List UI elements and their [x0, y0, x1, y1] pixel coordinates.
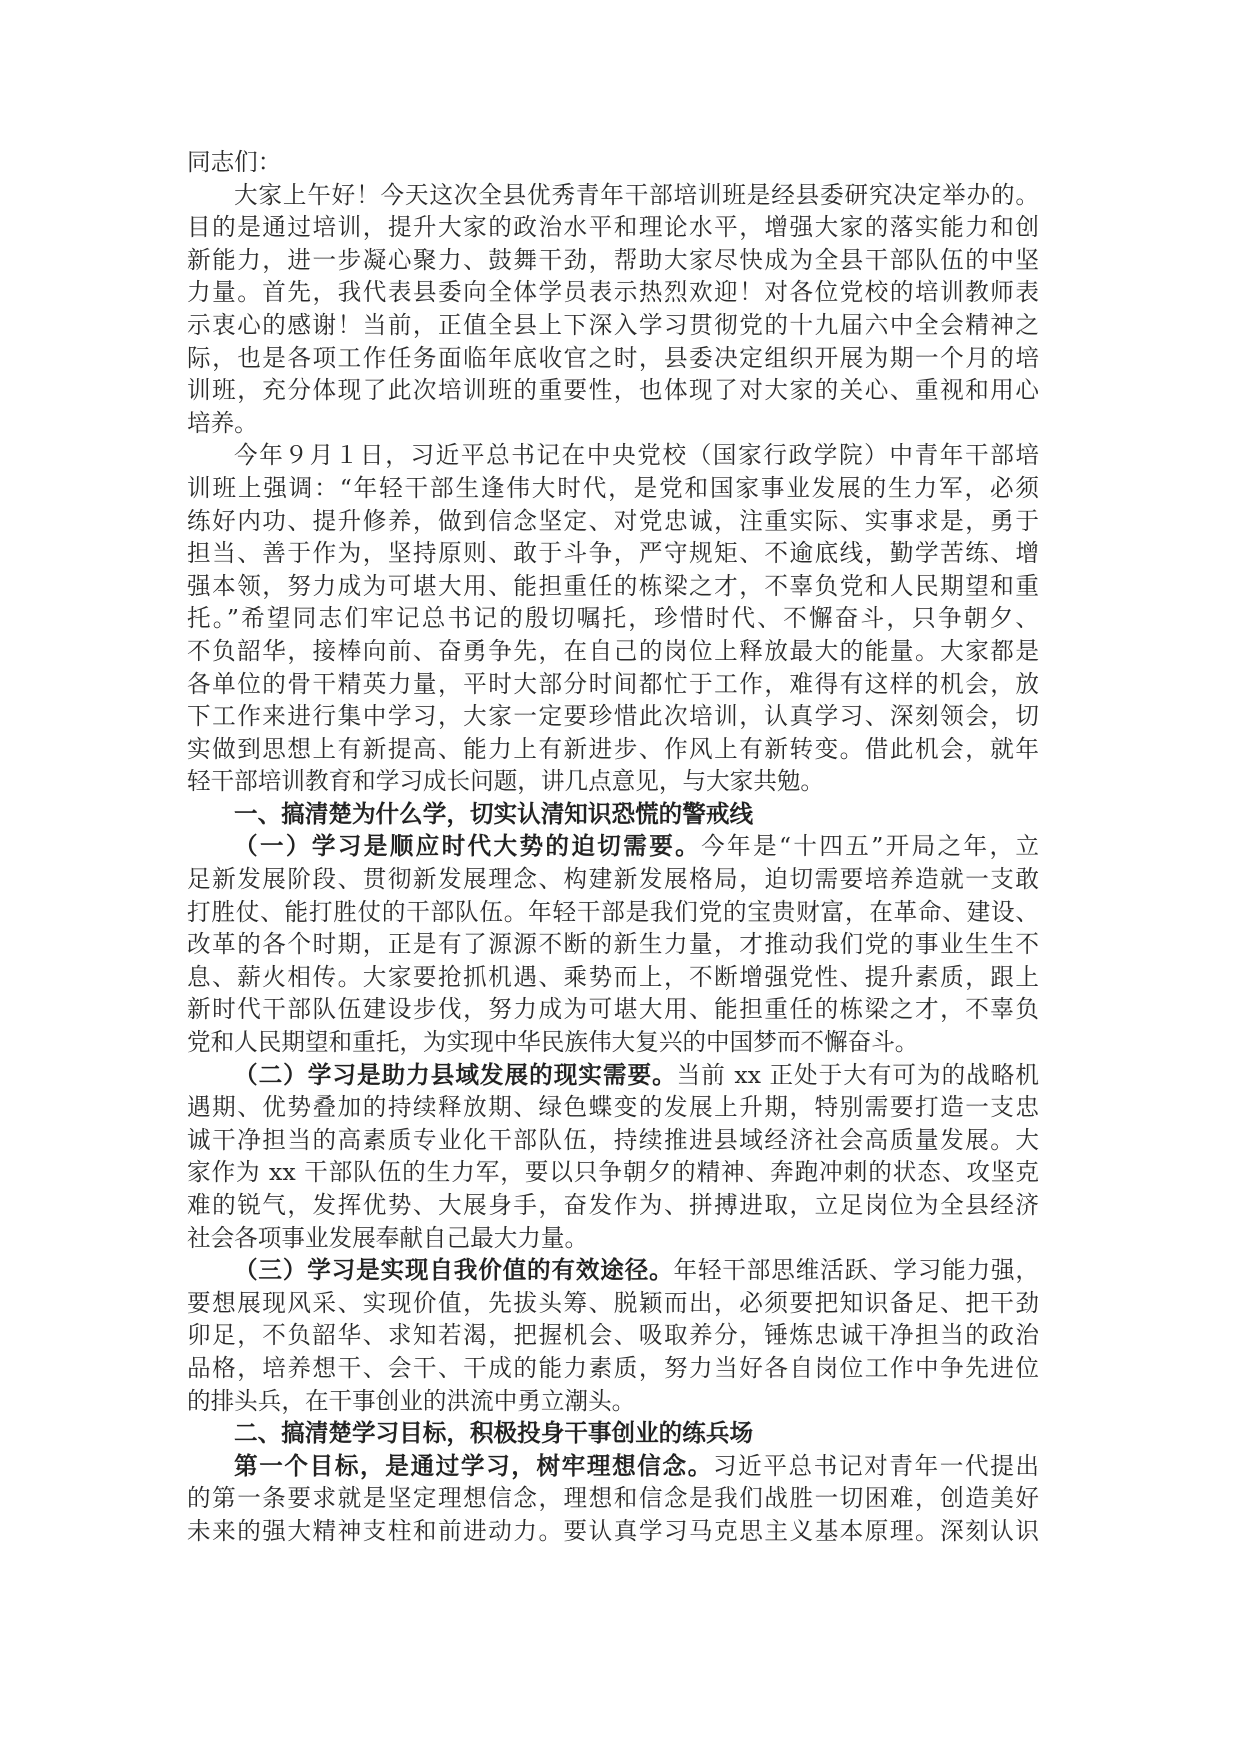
- text-line: 息、薪火相传。大家要抢抓机遇、乘势而上，不断增强党性、提升素质，跟上: [187, 961, 1039, 994]
- text-line: 目的是通过培训，提升大家的政治水平和理论水平，增强大家的落实能力和创: [187, 211, 1039, 244]
- subsection-title: （三）学习是实现自我价值的有效途径。: [234, 1256, 674, 1284]
- text-line: 党和人民期望和重托，为实现中华民族伟大复兴的中国梦而不懈奋斗。: [187, 1026, 1039, 1059]
- text-line: 轻干部培训教育和学习成长问题，讲几点意见，与大家共勉。: [187, 765, 1039, 798]
- text-line: 未来的强大精神支柱和前进动力。要认真学习马克思主义基本原理。深刻认识: [187, 1515, 1039, 1548]
- subsection-2-1: 第一个目标，是通过学习，树牢理想信念。习近平总书记对青年一代提出 的第一条要求就…: [187, 1450, 1039, 1548]
- text-line: 托。”希望同志们牢记总书记的殷切嘱托，珍惜时代、不懈奋斗，只争朝夕、: [187, 602, 1039, 635]
- text-line: 诚干净担当的高素质专业化干部队伍，持续推进县域经济社会高质量发展。大: [187, 1124, 1039, 1157]
- text-run: 今年是“十四五”开局之年，立: [701, 832, 1039, 860]
- text-run: 当前 xx 正处于大有可为的战略机: [677, 1061, 1039, 1089]
- text-line: 大家上午好！今天这次全县优秀青年干部培训班是经县委研究决定举办的。: [187, 179, 1039, 212]
- paragraph-intro: 大家上午好！今天这次全县优秀青年干部培训班是经县委研究决定举办的。 目的是通过培…: [187, 179, 1039, 440]
- text-line: 今年９月１日，习近平总书记在中央党校（国家行政学院）中青年干部培: [187, 439, 1039, 472]
- subsection-title: （二）学习是助力县域发展的现实需要。: [234, 1061, 677, 1089]
- text-run: 习近平总书记对青年一代提出: [713, 1452, 1039, 1480]
- text-line: 要想展现风采、实现价值，先拔头筹、脱颖而出，必须要把知识备足、把干劲: [187, 1287, 1039, 1320]
- text-line: 示衷心的感谢！当前，正值全县上下深入学习贯彻党的十九届六中全会精神之: [187, 309, 1039, 342]
- text-line: 第一个目标，是通过学习，树牢理想信念。习近平总书记对青年一代提出: [187, 1450, 1039, 1483]
- text-line: 难的锐气，发挥优势、大展身手，奋发作为、拼搏进取，立足岗位为全县经济: [187, 1189, 1039, 1222]
- text-line: 社会各项事业发展奉献自己最大力量。: [187, 1222, 1039, 1255]
- text-line: （三）学习是实现自我价值的有效途径。年轻干部思维活跃、学习能力强，: [187, 1254, 1039, 1287]
- text-line: 卯足，不负韶华、求知若渴，把握机会、吸取养分，锤炼忠诚干净担当的政治: [187, 1319, 1039, 1352]
- text-line: 打胜仗、能打胜仗的干部队伍。年轻干部是我们党的宝贵财富，在革命、建设、: [187, 896, 1039, 929]
- text-line: 际，也是各项工作任务面临年底收官之时，县委决定组织开展为期一个月的培: [187, 342, 1039, 375]
- text-line: 担当、善于作为，坚持原则、敢于斗争，严守规矩、不逾底线，勤学苦练、增: [187, 537, 1039, 570]
- text-line: （二）学习是助力县域发展的现实需要。当前 xx 正处于大有可为的战略机: [187, 1059, 1039, 1092]
- text-line: 遇期、优势叠加的持续释放期、绿色蝶变的发展上升期，特别需要打造一支忠: [187, 1091, 1039, 1124]
- text-line: 强本领，努力成为可堪大用、能担重任的栋梁之才，不辜负党和人民期望和重: [187, 570, 1039, 603]
- paragraph-quote: 今年９月１日，习近平总书记在中央党校（国家行政学院）中青年干部培 训班上强调：“…: [187, 439, 1039, 798]
- text-line: 培养。: [187, 407, 1039, 440]
- text-line: 的排头兵，在干事创业的洪流中勇立潮头。: [187, 1385, 1039, 1418]
- text-line: 的第一条要求就是坚定理想信念，理想和信念是我们战胜一切困难，创造美好: [187, 1482, 1039, 1515]
- text-line: 各单位的骨干精英力量，平时大部分时间都忙于工作，难得有这样的机会，放: [187, 668, 1039, 701]
- text-line: （一）学习是顺应时代大势的迫切需要。今年是“十四五”开局之年，立: [187, 830, 1039, 863]
- section-heading-1: 一、搞清楚为什么学，切实认清知识恐慌的警戒线: [187, 798, 1039, 831]
- text-line: 训班上强调：“年轻干部生逢伟大时代，是党和国家事业发展的生力军，必须: [187, 472, 1039, 505]
- text-line: 新时代干部队伍建设步伐，努力成为可堪大用、能担重任的栋梁之才，不辜负: [187, 993, 1039, 1026]
- subsection-1-2: （二）学习是助力县域发展的现实需要。当前 xx 正处于大有可为的战略机 遇期、优…: [187, 1059, 1039, 1255]
- subsection-title: （一）学习是顺应时代大势的迫切需要。: [234, 832, 701, 860]
- text-line: 不负韶华，接棒向前、奋勇争先，在自己的岗位上释放最大的能量。大家都是: [187, 635, 1039, 668]
- text-line: 品格，培养想干、会干、干成的能力素质，努力当好各自岗位工作中争先进位: [187, 1352, 1039, 1385]
- text-line: 新能力，进一步凝心聚力、鼓舞干劲，帮助大家尽快成为全县干部队伍的中坚: [187, 244, 1039, 277]
- text-line: 家作为 xx 干部队伍的生力军，要以只争朝夕的精神、奔跑冲刺的状态、攻坚克: [187, 1156, 1039, 1189]
- text-line: 练好内功、提升修养，做到信念坚定、对党忠诚，注重实际、实事求是，勇于: [187, 505, 1039, 538]
- text-line: 力量。首先，我代表县委向全体学员表示热烈欢迎！对各位党校的培训教师表: [187, 276, 1039, 309]
- text-line: 改革的各个时期，正是有了源源不断的新生力量，才推动我们党的事业生生不: [187, 928, 1039, 961]
- text-line: 实做到思想上有新提高、能力上有新进步、作风上有新转变。借此机会，就年: [187, 733, 1039, 766]
- text-line: 训班，充分体现了此次培训班的重要性，也体现了对大家的关心、重视和用心: [187, 374, 1039, 407]
- subsection-1-1: （一）学习是顺应时代大势的迫切需要。今年是“十四五”开局之年，立 足新发展阶段、…: [187, 830, 1039, 1058]
- subsection-1-3: （三）学习是实现自我价值的有效途径。年轻干部思维活跃、学习能力强， 要想展现风采…: [187, 1254, 1039, 1417]
- section-heading-2: 二、搞清楚学习目标，积极投身干事创业的练兵场: [187, 1417, 1039, 1450]
- text-run: 年轻干部思维活跃、学习能力强，: [674, 1256, 1039, 1284]
- subsection-title: 第一个目标，是通过学习，树牢理想信念。: [234, 1452, 713, 1480]
- document-page: 同志们： 大家上午好！今天这次全县优秀青年干部培训班是经县委研究决定举办的。 目…: [187, 146, 1039, 1548]
- text-line: 下工作来进行集中学习，大家一定要珍惜此次培训，认真学习、深刻领会，切: [187, 700, 1039, 733]
- text-line: 足新发展阶段、贯彻新发展理念、构建新发展格局，迫切需要培养造就一支敢: [187, 863, 1039, 896]
- salutation: 同志们：: [187, 146, 1039, 179]
